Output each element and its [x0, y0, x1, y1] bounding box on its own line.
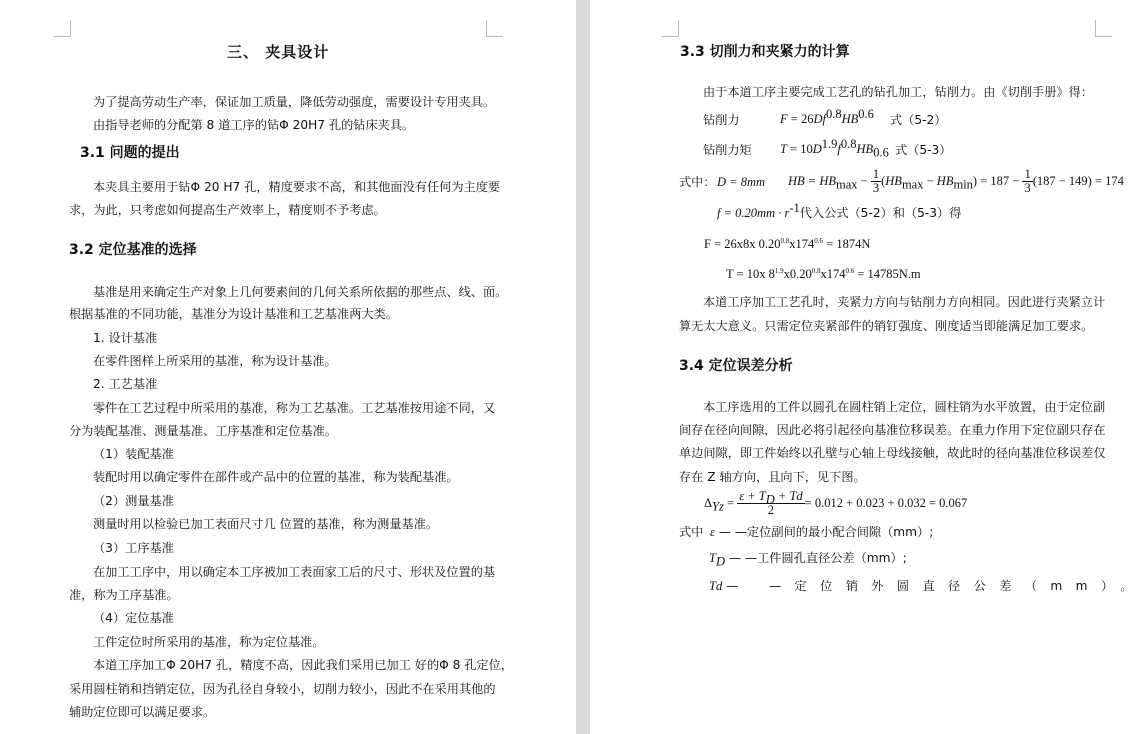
paragraph-line: 本夹具主要用于钻Φ 20 H7 孔，精度要求不高，和其他面没有任何为主度要 [93, 179, 500, 195]
where-label: 式中 [679, 524, 703, 540]
force-formula: F = 26Df0.8HB0.6 [780, 111, 874, 127]
definition-td-hole: TD — —工件圆孔直径公差（mm）; [709, 550, 907, 566]
d-value: D = 8mm [717, 174, 765, 190]
list-subheading: （1）装配基准 [93, 446, 174, 462]
paragraph-line: 采用圆柱销和挡销定位，因为孔径自身较小，切削力较小，因此不在采用其他的 [69, 681, 496, 697]
paragraph-line: 根据基准的不同功能，基准分为设计基准和工艺基准两大类。 [69, 306, 398, 322]
paragraph-line: 算无太大意义。只需定位夹紧部件的销钉强度、刚度适当即能满足加工要求。 [679, 318, 1093, 334]
paragraph-line: 由于本道工序主要完成工艺孔的钻孔加工，钻削力。由《切削手册》得： [703, 84, 1093, 100]
page-corner-mark [486, 20, 503, 37]
list-subheading: （4）定位基准 [93, 610, 174, 626]
paragraph-line: 基准是用来确定生产对象上几何要素间的几何关系所依据的那些点、线、面。 [93, 284, 507, 300]
torque-calculation: T = 10x 81.9x0.200.8x1740.6 = 14785N.m [726, 266, 921, 282]
page-gutter [576, 0, 590, 734]
section-heading-3-1: 3.1 问题的提出 [80, 145, 180, 161]
where-label: 式中： [679, 174, 716, 190]
paragraph-line: 本工序选用的工件以圆孔在圆柱销上定位，圆柱销为水平放置，由于定位副 [703, 399, 1105, 415]
paragraph-line: 在零件图样上所采用的基准，称为设计基准。 [93, 353, 337, 369]
torque-formula: T = 10D1.9f0.8HB0.6 [780, 141, 889, 157]
paragraph-line: 辅助定位即可以满足要求。 [69, 704, 215, 720]
list-heading: 1. 设计基准 [93, 330, 157, 346]
paragraph-line: 单边间隙，即工件始终以孔壁与心轴上母线接触，故此时的径向基准位移误差仅 [679, 445, 1106, 461]
paragraph-line: 测量时用以检验已加工表面尺寸几 位置的基准，称为测量基准。 [93, 516, 438, 532]
formula-label: 钻削力 [703, 112, 740, 128]
page-corner-mark [1095, 20, 1112, 37]
hb-formula: HB = HBmax − 13(HBmax − HBmin) = 187 − 1… [788, 166, 1124, 196]
force-calculation: F = 26x8x 0.200.8x1740.6 = 1874N [704, 236, 870, 252]
list-subheading: （2）测量基准 [93, 493, 174, 509]
page-corner-mark [662, 20, 679, 37]
section-heading-3-2: 3.2 定位基准的选择 [69, 242, 197, 258]
paragraph-line: 由指导老师的分配第 8 道工序的钻Φ 20H7 孔的钻床夹具。 [93, 117, 414, 133]
feed-value: f = 0.20mm · r-1代入公式（5-2）和（5-3）得 [717, 205, 961, 221]
formula-reference: 式（5-2） [890, 112, 946, 128]
definition-td-pin: Td — —定位销外圆直径公差（mm）。 [709, 578, 1128, 594]
paragraph-line: 工件定位时所采用的基准，称为定位基准。 [93, 634, 325, 650]
formula-label: 钻削力矩 [703, 142, 752, 158]
paragraph-line: 求，为此，只考虑如何提高生产效率上，精度则不予考虑。 [69, 202, 386, 218]
section-heading-3-3: 3.3 切削力和夹紧力的计算 [680, 44, 850, 60]
paragraph-line: 为了提高劳动生产率，保证加工质量，降低劳动强度，需要设计专用夹具。 [93, 94, 495, 110]
definition-epsilon: ε — —定位副间的最小配合间隙（mm）; [710, 524, 933, 540]
delta-formula: ΔYz = ε + TD + Td2= 0.012 + 0.023 + 0.03… [704, 488, 967, 518]
paragraph-line: 零件在工艺过程中所采用的基准，称为工艺基准。工艺基准按用途不同，又 [93, 400, 495, 416]
list-subheading: （3）工序基准 [93, 540, 174, 556]
paragraph-line: 准，称为工序基准。 [69, 587, 179, 603]
paragraph-line: 本道工序加工工艺孔时，夹紧力方向与钻削力方向相同。因此进行夹紧立计 [703, 294, 1105, 310]
paragraph-line: 本道工序加工Φ 20H7 孔，精度不高，因此我们采用已加工 好的Φ 8 孔定位， [93, 657, 513, 673]
formula-reference: 式（5-3） [895, 142, 951, 158]
chapter-title: 三、 夹具设计 [227, 44, 329, 60]
paragraph-line: 分为装配基准、测量基准、工序基准和定位基准。 [69, 423, 337, 439]
section-heading-3-4: 3.4 定位误差分析 [679, 358, 793, 374]
document-page-right: 3.3 切削力和夹紧力的计算 由于本道工序主要完成工艺孔的钻孔加工，钻削力。由《… [590, 0, 1128, 734]
paragraph-line: 在加工工序中，用以确定本工序被加工表面家工后的尺寸、形状及位置的基 [93, 564, 495, 580]
page-corner-mark [54, 20, 71, 37]
paragraph-line: 间存在径向间隙，因此必将引起径向基准位移误差。在重力作用下定位副只存在 [679, 422, 1106, 438]
list-heading: 2. 工艺基准 [93, 376, 157, 392]
document-page-left: 三、 夹具设计 为了提高劳动生产率，保证加工质量，降低劳动强度，需要设计专用夹具… [0, 0, 576, 734]
paragraph-line: 装配时用以确定零件在部件或产品中的位置的基准，称为装配基准。 [93, 469, 459, 485]
paragraph-line: 存在 Z 轴方向，且向下，见下图。 [679, 469, 866, 485]
